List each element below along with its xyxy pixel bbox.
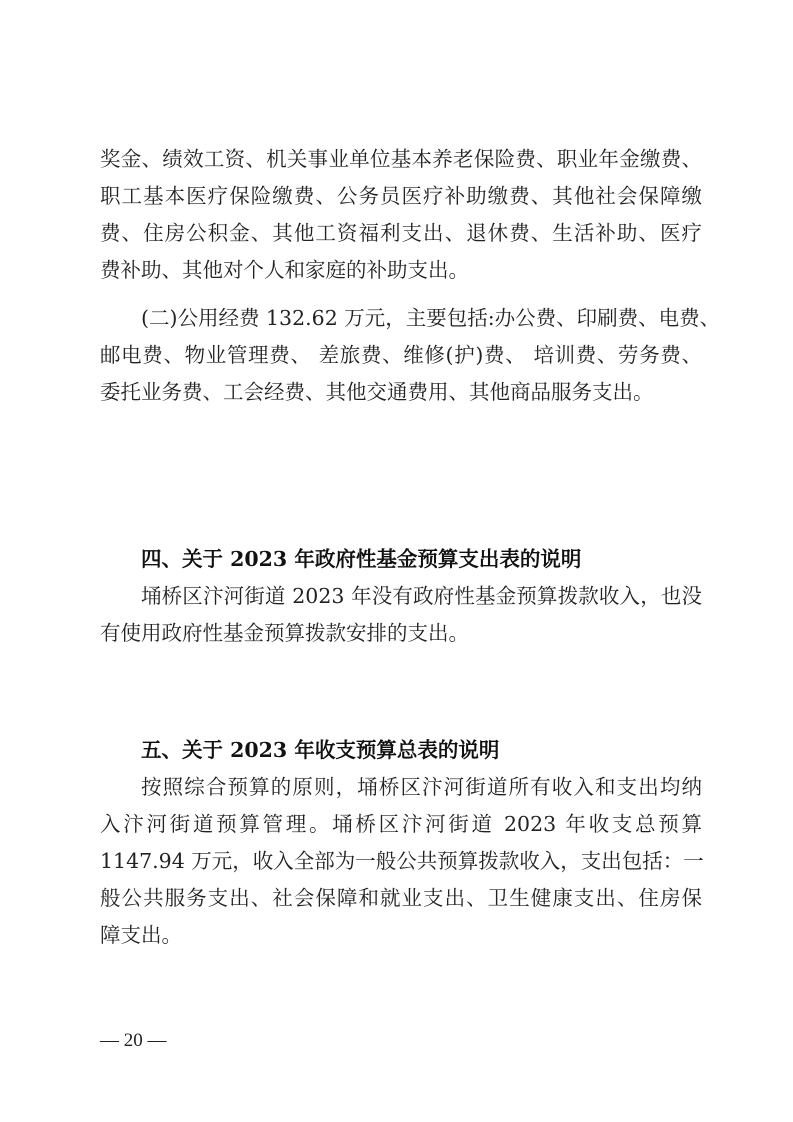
paragraph-line: 入汴河街道预算管理。埇桥区汴河街道 2023 年收支总预算 <box>100 811 702 837</box>
paragraph-line: 有使用政府性基金预算拨款安排的支出。 <box>100 620 702 646</box>
paragraph-line: 障支出。 <box>100 922 702 948</box>
paragraph-line: 费补助、其他对个人和家庭的补助支出。 <box>100 257 702 283</box>
paragraph-line: 职工基本医疗保险缴费、公务员医疗补助缴费、其他社会保障缴 <box>100 183 702 209</box>
section-heading-5: 五、关于 2023 年收支预算总表的说明 <box>141 737 499 763</box>
paragraph-line: 1147.94 万元，收入全部为一般公共预算拨款收入，支出包括：一 <box>100 848 702 874</box>
paragraph-line: 邮电费、物业管理费、 差旅费、维修(护)费、 培训费、劳务费、 <box>100 342 702 368</box>
paragraph-line: 埇桥区汴河街道 2023 年没有政府性基金预算拨款收入，也没 <box>141 583 702 609</box>
paragraph-line: 按照综合预算的原则，埇桥区汴河街道所有收入和支出均纳 <box>141 774 702 800</box>
document-page: 奖金、绩效工资、机关事业单位基本养老保险费、职业年金缴费、 职工基本医疗保险缴费… <box>0 0 793 1122</box>
paragraph-line: 委托业务费、工会经费、其他交通费用、其他商品服务支出。 <box>100 379 702 405</box>
paragraph-line: (二)公用经费 132.62 万元，主要包括:办公费、印刷费、电费、 <box>141 305 702 331</box>
page-number: — 20 — <box>100 1030 167 1052</box>
section-heading-4: 四、关于 2023 年政府性基金预算支出表的说明 <box>141 546 581 572</box>
paragraph-line: 奖金、绩效工资、机关事业单位基本养老保险费、职业年金缴费、 <box>100 146 702 172</box>
paragraph-line: 费、住房公积金、其他工资福利支出、退休费、生活补助、医疗 <box>100 220 702 246</box>
paragraph-line: 般公共服务支出、社会保障和就业支出、卫生健康支出、住房保 <box>100 885 702 911</box>
